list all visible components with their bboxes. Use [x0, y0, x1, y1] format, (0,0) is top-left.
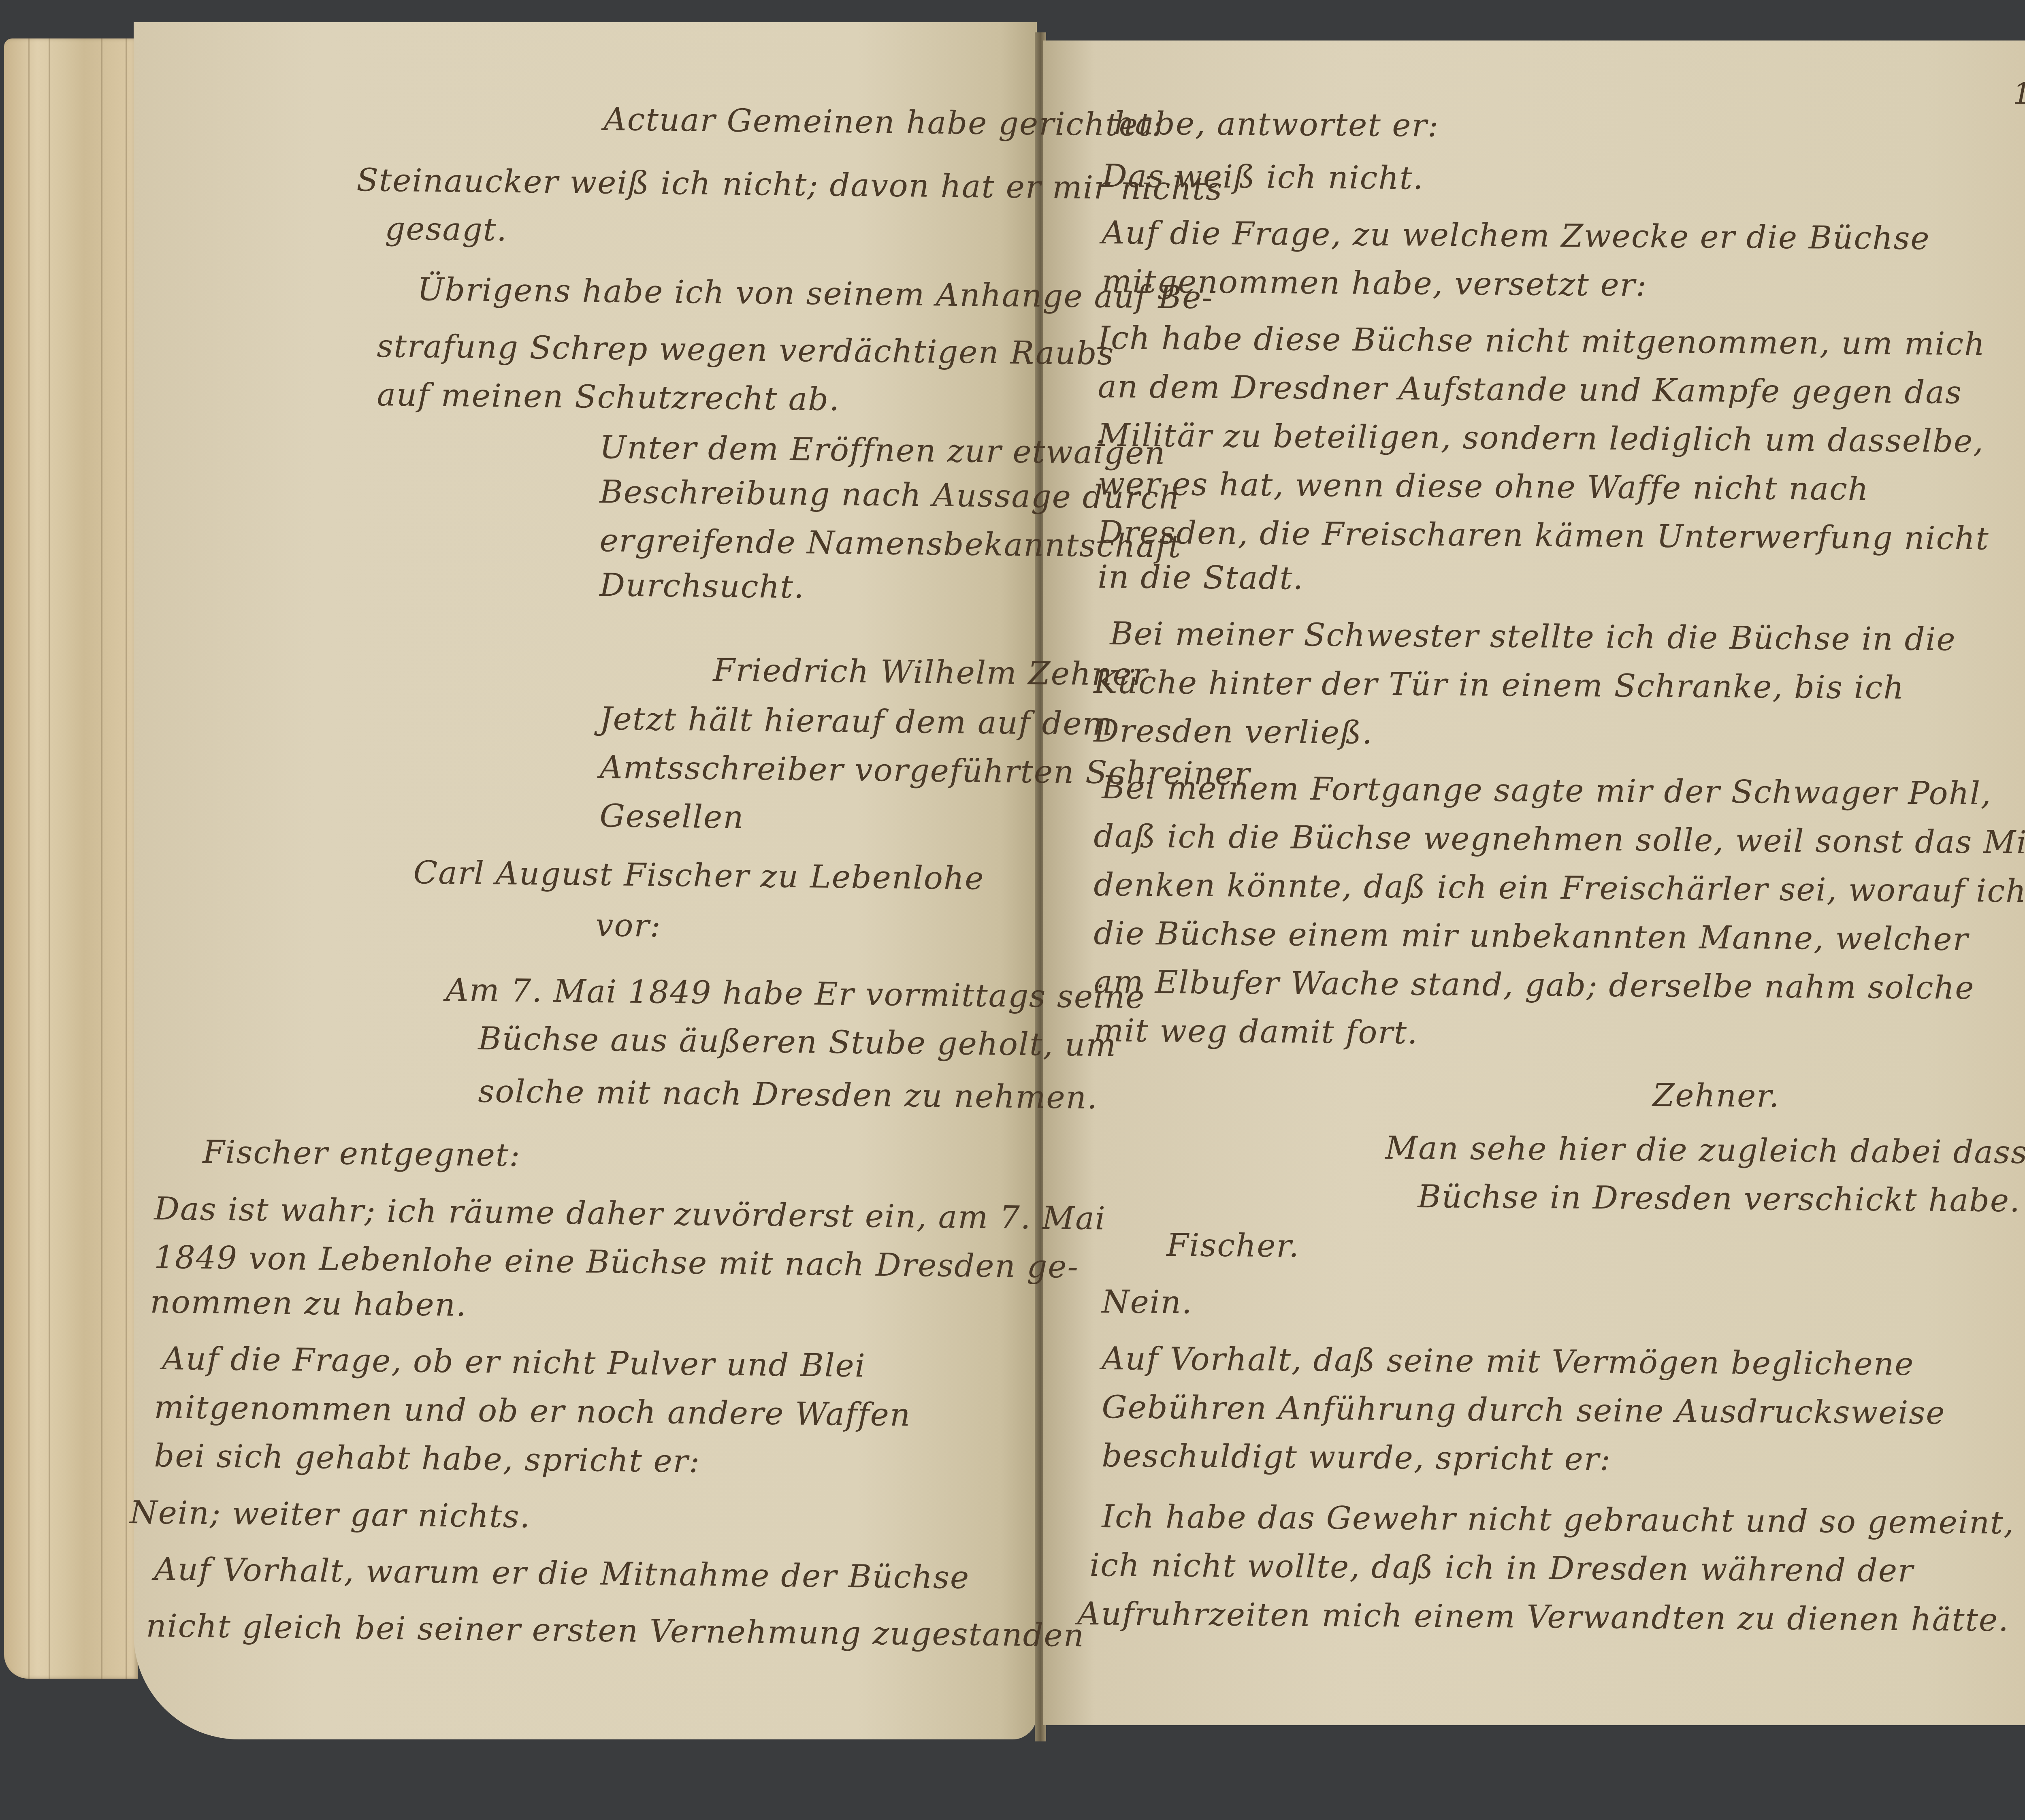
- handwritten-line: Nein; weiter gar nichts.: [130, 1494, 531, 1535]
- handwritten-line: beschuldigt wurde, spricht er:: [1102, 1438, 1611, 1478]
- handwritten-line: Küche hinter der Tür in einem Schranke, …: [1093, 664, 1905, 706]
- handwritten-line: Ich habe diese Büchse nicht mitgenommen,…: [1098, 320, 1986, 362]
- handwritten-line: Militär zu beteiligen, sondern lediglich…: [1098, 417, 1984, 460]
- handwritten-line: Fischer.: [1166, 1227, 1300, 1264]
- handwritten-line: ergreifende Namensbekanntschaft: [599, 522, 1182, 565]
- handwritten-line: Durchsucht.: [599, 567, 805, 605]
- handwritten-line: Gebühren Anführung durch seine Ausdrucks…: [1102, 1389, 1946, 1432]
- handwritten-line: Gesellen: [599, 798, 744, 836]
- handwritten-line: daß ich die Büchse wegnehmen solle, weil…: [1093, 818, 2025, 861]
- handwritten-line: Fischer entgegnet:: [202, 1134, 521, 1174]
- handwritten-line: Dresden, die Freischaren kämen Unterwerf…: [1098, 514, 1989, 557]
- handwritten-line: solche mit nach Dresden zu nehmen.: [478, 1073, 1098, 1116]
- handwritten-line: Jetzt hält hierauf dem auf dem: [599, 701, 1113, 742]
- handwritten-line: bei sich gehabt habe, spricht er:: [154, 1438, 701, 1480]
- handwritten-line: ich nicht wollte, daß ich in Dresden wäh…: [1089, 1547, 1914, 1589]
- handwritten-line: auf meinen Schutzrecht ab.: [377, 377, 840, 418]
- handwritten-line: nommen zu haben.: [150, 1284, 467, 1323]
- left-page-stack-edge: [4, 38, 138, 1679]
- folio-number: 171: [2013, 77, 2025, 111]
- handwritten-line: Nein.: [1102, 1284, 1193, 1321]
- handwritten-line: Man sehe hier die zugleich dabei dass Er…: [1385, 1130, 2025, 1172]
- handwritten-line: Das weiß ich nicht.: [1102, 158, 1424, 197]
- handwritten-line: denken könnte, daß ich ein Freischärler …: [1093, 867, 2025, 910]
- handwritten-line: Actuar Gemeinen habe gerichtet:: [603, 101, 1164, 143]
- handwritten-line: strafung Schrep wegen verdächtigen Raubs: [377, 328, 1115, 372]
- handwritten-line: habe, antwortet er:: [1114, 105, 1439, 144]
- handwritten-line: Büchse aus äußeren Stube geholt, um: [478, 1021, 1117, 1064]
- handwritten-line: Unter dem Eröffnen zur etwaigen: [599, 429, 1166, 472]
- handwritten-line: Beschreibung nach Aussage durch: [599, 474, 1181, 516]
- handwritten-line: die Büchse einem mir unbekannten Manne, …: [1093, 915, 1969, 958]
- handwritten-line: Friedrich Wilhelm Zehner: [713, 652, 1148, 693]
- handwritten-line: in die Stadt.: [1098, 559, 1304, 597]
- handwritten-line: Bei meiner Schwester stellte ich die Büc…: [1110, 616, 1956, 658]
- handwritten-line: mitgenommen habe, versetzt er:: [1102, 263, 1648, 303]
- open-book: 171 Actuar Gemeinen habe gerichtet:Stein…: [0, 0, 2025, 1820]
- handwritten-line: am Elbufer Wache stand, gab; derselbe na…: [1093, 964, 1975, 1006]
- handwritten-line: Auf Vorhalt, daß seine mit Vermögen begl…: [1102, 1340, 1914, 1383]
- handwritten-line: Auf die Frage, zu welchem Zwecke er die …: [1102, 215, 1930, 257]
- handwritten-line: Dresden verließ.: [1093, 713, 1373, 751]
- handwritten-line: Carl August Fischer zu Lebenlohe: [413, 855, 985, 897]
- handwritten-line: vor:: [595, 907, 662, 944]
- handwritten-line: mit weg damit fort.: [1093, 1012, 1418, 1051]
- handwritten-line: Bei meinem Fortgange sagte mir der Schwa…: [1102, 769, 1992, 812]
- handwritten-line: Ich habe das Gewehr nicht gebraucht und …: [1102, 1498, 2025, 1542]
- handwritten-line: Büchse in Dresden verschickt habe.: [1417, 1179, 2021, 1219]
- handwritten-line: wer es hat, wenn diese ohne Waffe nicht …: [1098, 466, 1869, 507]
- handwritten-line: an dem Dresdner Aufstande und Kampfe geg…: [1098, 369, 1962, 411]
- handwritten-line: Zehner.: [1652, 1077, 1780, 1115]
- handwritten-line: Aufruhrzeiten mich einem Verwandten zu d…: [1077, 1596, 2009, 1639]
- handwritten-line: Am 7. Mai 1849 habe Er vormittags seine: [446, 972, 1145, 1016]
- handwritten-line: Auf die Frage, ob er nicht Pulver und Bl…: [162, 1340, 866, 1384]
- handwritten-line: gesagt.: [385, 211, 508, 248]
